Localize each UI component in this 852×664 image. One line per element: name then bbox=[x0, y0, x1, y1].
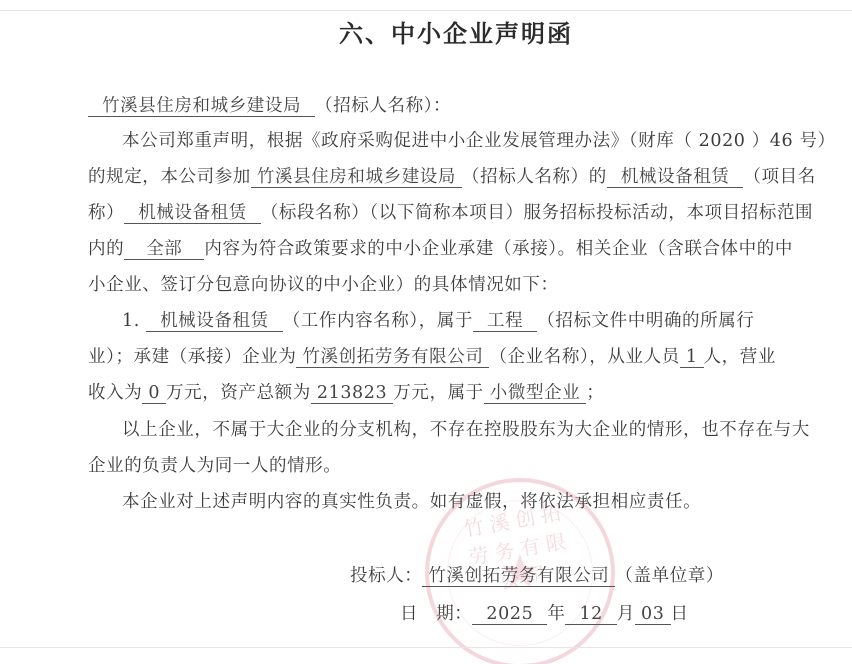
para2-line2: 企业的负责人为同一人的情形。 bbox=[88, 452, 828, 477]
para1-line1: 本公司郑重声明，根据《政府采购促进中小企业发展管理办法》（财库（ 2020 ）4… bbox=[122, 127, 852, 152]
size-suffix: ； bbox=[586, 383, 604, 403]
employee-count: 1 bbox=[680, 347, 704, 368]
day-unit: 日 bbox=[671, 604, 689, 624]
month-unit: 月 bbox=[617, 604, 635, 624]
date-month: 12 bbox=[565, 604, 616, 625]
para1-line5: 小企业、签订分包意向协议的中小企业）的具体情况如下： bbox=[88, 271, 828, 296]
para2-line1: 以上企业，不属于大企业的分支机构，不存在控股股东为大企业的情形，也不存在与大 bbox=[122, 416, 852, 441]
enterprise-size: 小微型企业 bbox=[484, 383, 587, 404]
para1-line2-prefix: 的规定，本公司参加 bbox=[88, 167, 251, 187]
revenue-suffix: 万元，资产总额为 bbox=[166, 383, 311, 403]
item1-line1: 1. 机械设备租赁（工作内容名称），属于工程（招标文件中明确的所属行 bbox=[122, 307, 852, 332]
scope-value: 全部 bbox=[124, 239, 204, 260]
company-name: 竹溪创拓劳务有限公司 bbox=[296, 347, 489, 368]
work-suffix: （工作内容名称），属于 bbox=[283, 311, 473, 331]
item1-line2-prefix: 业）；承建（承接）企业为 bbox=[88, 347, 296, 367]
para1-line3-prefix: 称） bbox=[88, 203, 124, 223]
para1-line2: 的规定，本公司参加竹溪县住房和城乡建设局（招标人名称）的机械设备租赁（项目名 bbox=[88, 163, 828, 188]
revenue-value: 0 bbox=[142, 383, 166, 404]
bidder-company: 竹溪创拓劳务有限公司 bbox=[422, 566, 615, 587]
date-label: 日 期： bbox=[400, 604, 472, 624]
addressee-suffix: （招标人名称）： bbox=[315, 96, 451, 116]
assets-suffix: 万元，属于 bbox=[393, 383, 484, 403]
para1-line3-suffix: （标段名称）（以下简称本项目）服务招标投标活动，本项目招标范围 bbox=[261, 203, 813, 223]
item1-line3-prefix: 收入为 bbox=[88, 383, 142, 403]
para1-line4-prefix: 内的 bbox=[88, 239, 124, 259]
item1-line2: 业）；承建（承接）企业为竹溪创拓劳务有限公司（企业名称），从业人员1人，营业 bbox=[88, 343, 828, 368]
document-title: 六、中小企业声明函 bbox=[0, 14, 852, 49]
year-unit: 年 bbox=[547, 604, 565, 624]
addressee-name: 竹溪县住房和城乡建设局 bbox=[88, 96, 315, 117]
date-day: 03 bbox=[635, 604, 670, 625]
item-number: 1. bbox=[122, 311, 140, 331]
top-divider bbox=[0, 10, 852, 11]
project-name: 机械设备租赁 bbox=[607, 167, 744, 188]
bottom-divider bbox=[0, 647, 852, 648]
para1-line3: 称）机械设备租赁（标段名称）（以下简称本项目）服务招标投标活动，本项目招标范围 bbox=[88, 199, 828, 224]
bidder-label: 投标人： bbox=[350, 566, 422, 586]
assets-value: 213823 bbox=[311, 383, 393, 404]
lot-name: 机械设备租赁 bbox=[124, 203, 261, 224]
para1-line4: 内的全部内容为符合政策要求的中小企业承建（承接）。相关企业（含联合体中的中 bbox=[88, 235, 828, 260]
para1-line2-suffix: （项目名 bbox=[743, 167, 815, 187]
industry-value: 工程 bbox=[473, 311, 537, 332]
date-line: 日 期：2025年12月03日 bbox=[400, 600, 689, 625]
para1-line2-mid: （招标人名称）的 bbox=[462, 167, 607, 187]
addressee-line: 竹溪县住房和城乡建设局（招标人名称）： bbox=[88, 92, 828, 117]
para3-line: 本企业对上述声明内容的真实性负责。如有虚假，将依法承担相应责任。 bbox=[122, 488, 852, 513]
item1-line3: 收入为0万元，资产总额为213823万元，属于小微型企业； bbox=[88, 379, 828, 404]
employees-suffix: 人，营业 bbox=[704, 347, 776, 367]
industry-suffix: （招标文件中明确的所属行 bbox=[537, 311, 754, 331]
para1-line4-suffix: 内容为符合政策要求的中小企业承建（承接）。相关企业（含联合体中的中 bbox=[204, 239, 793, 259]
buyer-name: 竹溪县住房和城乡建设局 bbox=[251, 167, 462, 188]
signature-line: 投标人：竹溪创拓劳务有限公司（盖单位章） bbox=[350, 562, 724, 587]
seal-note: （盖单位章） bbox=[615, 566, 724, 586]
document-page: 六、中小企业声明函 竹溪创拓劳务有限公司 ★ 竹溪县住房和城乡建设局（招标人名称… bbox=[0, 0, 852, 664]
company-suffix: （企业名称），从业人员 bbox=[489, 347, 679, 367]
work-content: 机械设备租赁 bbox=[146, 311, 283, 332]
date-year: 2025 bbox=[472, 604, 547, 625]
